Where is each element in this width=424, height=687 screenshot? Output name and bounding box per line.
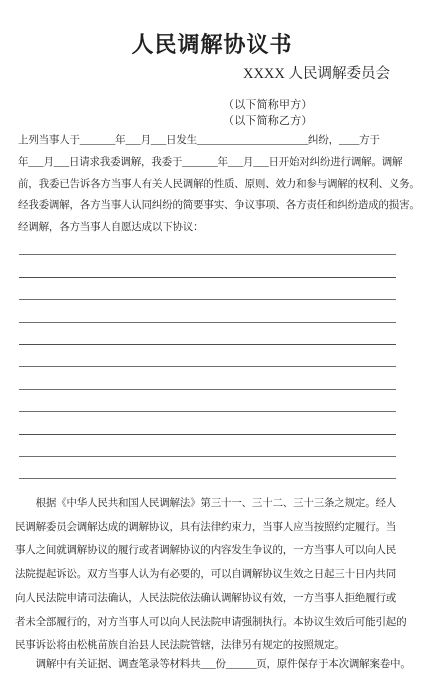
blank-writing-line: [19, 390, 396, 412]
intro-line: 年___月___日请求我委调解，我委于_______年___月___日开始对纠纷…: [18, 152, 412, 174]
committee-name: XXXX 人民调解委员会: [0, 62, 424, 83]
legal-paragraph: 根据《中华人民共和国人民调解法》第三十一、三十二、三十三条之规定。经人民调解委员…: [15, 492, 413, 658]
blank-writing-line: [19, 412, 396, 434]
intro-line: 经我委调解，各方当事人认同纠纷的简要事实、争议事项、各方责任和纠纷造成的损害。: [18, 195, 412, 217]
legal-line: 法院提起诉讼。双方当事人认为有必要的，可以自调解协议生效之日起三十日内共同: [15, 563, 413, 587]
legal-line: 向人民法院申请司法确认，人民法院依法确认调解协议有效，一方当事人拒绝履行或: [15, 587, 413, 611]
intro-line: 前，我委已告诉各方当事人有关人民调解的性质、原则、效力和参与调解的权利、义务。: [18, 174, 412, 196]
blank-writing-line: [19, 255, 396, 277]
document-page: 人民调解协议书 XXXX 人民调解委员会 （以下简称甲方） （以下简称乙方） 上…: [0, 0, 424, 687]
party-a-label: （以下简称甲方）: [223, 96, 313, 112]
intro-line: 上列当事人于_______年___月___日发生________________…: [18, 130, 412, 152]
materials-line: 调解中有关证据、调查笔录等材料共___份______页，原件保存于本次调解案卷中…: [15, 656, 419, 671]
blank-writing-line: [19, 345, 396, 367]
legal-line: 民调解委员会调解达成的调解协议，具有法律约束力，当事人应当按照约定履行。当: [15, 516, 413, 540]
legal-line: 事人之间就调解协议的履行或者调解协议的内容发生争议的，一方当事人可以向人民: [15, 539, 413, 563]
intro-paragraph: 上列当事人于_______年___月___日发生________________…: [18, 130, 412, 239]
blank-writing-line: [19, 300, 396, 322]
blank-writing-line: [19, 323, 396, 345]
legal-line: 民事诉讼将由松桃苗族自治县人民法院管辖，法律另有规定的按照规定。: [15, 634, 413, 658]
party-b-label: （以下简称乙方）: [223, 112, 313, 128]
blank-writing-line: [19, 367, 396, 389]
blank-writing-line: [19, 457, 396, 479]
document-title: 人民调解协议书: [0, 28, 424, 59]
legal-line: 者未全部履行的，对方当事人可以向人民法院申请强制执行。本协议生效后可能引起的: [15, 611, 413, 635]
blank-writing-line: [19, 233, 396, 255]
blank-writing-line: [19, 278, 396, 300]
blank-writing-line: [19, 435, 396, 457]
signature-lines: [19, 233, 396, 479]
legal-line: 根据《中华人民共和国人民调解法》第三十一、三十二、三十三条之规定。经人: [15, 492, 413, 516]
